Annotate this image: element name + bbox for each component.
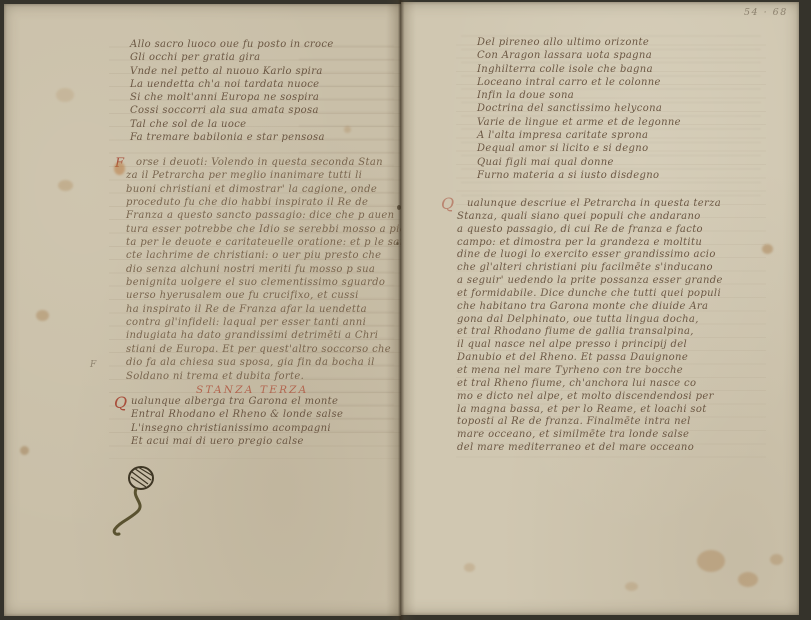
text-line: ha inspirato il Re de Franza afar la uen… (126, 303, 418, 316)
text-line: Del pireneo allo ultimo orizonte (477, 36, 681, 49)
text-line: Quai figli mai qual donne (477, 156, 681, 169)
text-line: ualunque alberga tra Garona el monte (131, 395, 343, 408)
text-line: Infin la doue sona (477, 89, 681, 102)
right-page: 54 · 68 Del pireneo allo ultimo orizonte… (401, 2, 799, 615)
text-line: ta per le deuote e caritateuelle oration… (126, 236, 418, 249)
text-line: del mare mediterraneo et del mare occean… (457, 442, 757, 455)
text-line: il qual nasce nel alpe presso i principi… (457, 339, 757, 352)
text-line: tura esser potrebbe che Idio se serebbi … (126, 223, 418, 236)
text-line: dine de luogi lo exercito esser grandiss… (457, 249, 757, 262)
text-line: et tral Rhodano fiume de gallia transalp… (457, 326, 757, 339)
text-line: dio fa ala chiesa sua sposa, gia fin da … (126, 356, 418, 369)
stanza3-verse-block: ualunque alberga tra Garona el monteEntr… (131, 395, 343, 448)
text-line: Soldano ni trema et dubita forte. (126, 370, 418, 383)
text-line: La uendetta ch'a noi tardata nuoce (130, 78, 334, 91)
text-line: a questo passagio, di cui Re de franza e… (457, 224, 757, 237)
text-line: contra gl'infideli: laqual per esser tan… (126, 316, 418, 329)
stanza2-verse-block: Allo sacro luoco oue fu posto in croceGl… (130, 38, 334, 144)
text-line: indugiata ha dato grandissimi detrimēti … (126, 329, 418, 342)
text-line: Stanza, quali siano quei populi che anda… (457, 211, 757, 224)
commentary-initial-q: Q (441, 196, 454, 212)
text-line: Cossi soccorri ala sua amata sposa (130, 104, 334, 117)
text-line: Gli occhi per gratia gira (130, 51, 334, 64)
pen-flourish-drawing (110, 464, 168, 540)
text-line: Dequal amor si licito e si degno (477, 142, 681, 155)
left-page: Allo sacro luoco oue fu posto in croceGl… (4, 4, 401, 616)
text-line: cte lachrime de christiani: o uer piu pr… (126, 249, 418, 262)
text-line: ualunque descriue el Petrarcha in questa… (457, 198, 757, 211)
text-line: mare occeano, et similmēte tra londe sal… (457, 429, 757, 442)
text-line: Varie de lingue et arme et de legonne (477, 116, 681, 129)
text-line: Allo sacro luoco oue fu posto in croce (130, 38, 334, 51)
text-line: za il Petrarcha per meglio inanimare tut… (126, 169, 418, 182)
text-line: benignita uolgere el suo clementissimo s… (126, 276, 418, 289)
text-line: buoni christiani et dimostrar' la cagion… (126, 183, 418, 196)
manuscript-photo: Allo sacro luoco oue fu posto in croceGl… (0, 0, 811, 620)
stanza2-commentary-block: orse i deuoti: Volendo in questa seconda… (126, 156, 418, 383)
text-line: Loceano intral carro et le colonne (477, 76, 681, 89)
text-line: Danubio et del Rheno. Et passa Dauignone (457, 352, 757, 365)
text-line: Doctrina del sanctissimo helycona (477, 102, 681, 115)
text-line: toposti al Re de franza. Finalmēte intra… (457, 416, 757, 429)
folio-number: 54 · 68 (744, 7, 788, 18)
text-line: a seguir' uedendo la prite possanza esse… (457, 275, 757, 288)
text-line: uerso hyerusalem oue fu crucifixo, et cu… (126, 289, 418, 302)
text-line: mo e dicto nel alpe, et molto discendend… (457, 391, 757, 404)
verse-initial-q: Q (114, 395, 127, 411)
text-line: Fa tremare babilonia e star pensosa (130, 131, 334, 144)
text-line: Franza a questo sancto passagio: dice ch… (126, 209, 418, 222)
text-line: orse i deuoti: Volendo in questa seconda… (126, 156, 418, 169)
text-line: Furno materia a si iusto disdegno (477, 169, 681, 182)
text-line: Et acui mai di uero pregio calse (131, 435, 343, 448)
text-line: stiani de Europa. Et per quest'altro soc… (126, 343, 418, 356)
stanza3-verse-continued-block: Del pireneo allo ultimo orizonteCon Arag… (477, 36, 681, 182)
text-line: et mena nel mare Tyrheno con tre bocche (457, 365, 757, 378)
text-line: L'insegno christianissimo acompagni (131, 422, 343, 435)
text-line: et formidabile. Dice dunche che tutti qu… (457, 288, 757, 301)
text-line: A l'alta impresa caritate sprona (477, 129, 681, 142)
text-line: Vnde nel petto al nuouo Karlo spira (130, 65, 334, 78)
text-line: campo: et dimostra per la grandeza e mol… (457, 237, 757, 250)
text-line: che habitano tra Garona monte che diuide… (457, 301, 757, 314)
stanza3-commentary-block: ualunque descriue el Petrarcha in questa… (457, 198, 757, 455)
text-line: dio senza alchuni nostri meriti fu mosso… (126, 263, 418, 276)
text-line: gona dal Delphinato, oue tutta lingua do… (457, 314, 757, 327)
text-line: Entral Rhodano el Rheno & londe salse (131, 408, 343, 421)
text-line: la magna bassa, et per lo Reame, et loac… (457, 404, 757, 417)
text-line: Con Aragon lassara uota spagna (477, 49, 681, 62)
text-line: Si che molt'anni Europa ne sospira (130, 91, 334, 104)
text-line: Inghilterra colle isole che bagna (477, 63, 681, 76)
text-line: che gl'alteri christiani piu facilmēte s… (457, 262, 757, 275)
text-line: proceduto fu che dio habbi inspirato il … (126, 196, 418, 209)
text-line: et tral Rheno fiume, ch'anchora lui nasc… (457, 378, 757, 391)
commentary-initial-f: F (115, 157, 124, 170)
marginal-mark: F (90, 360, 96, 370)
text-line: Tal che sol de la uoce (130, 118, 334, 131)
